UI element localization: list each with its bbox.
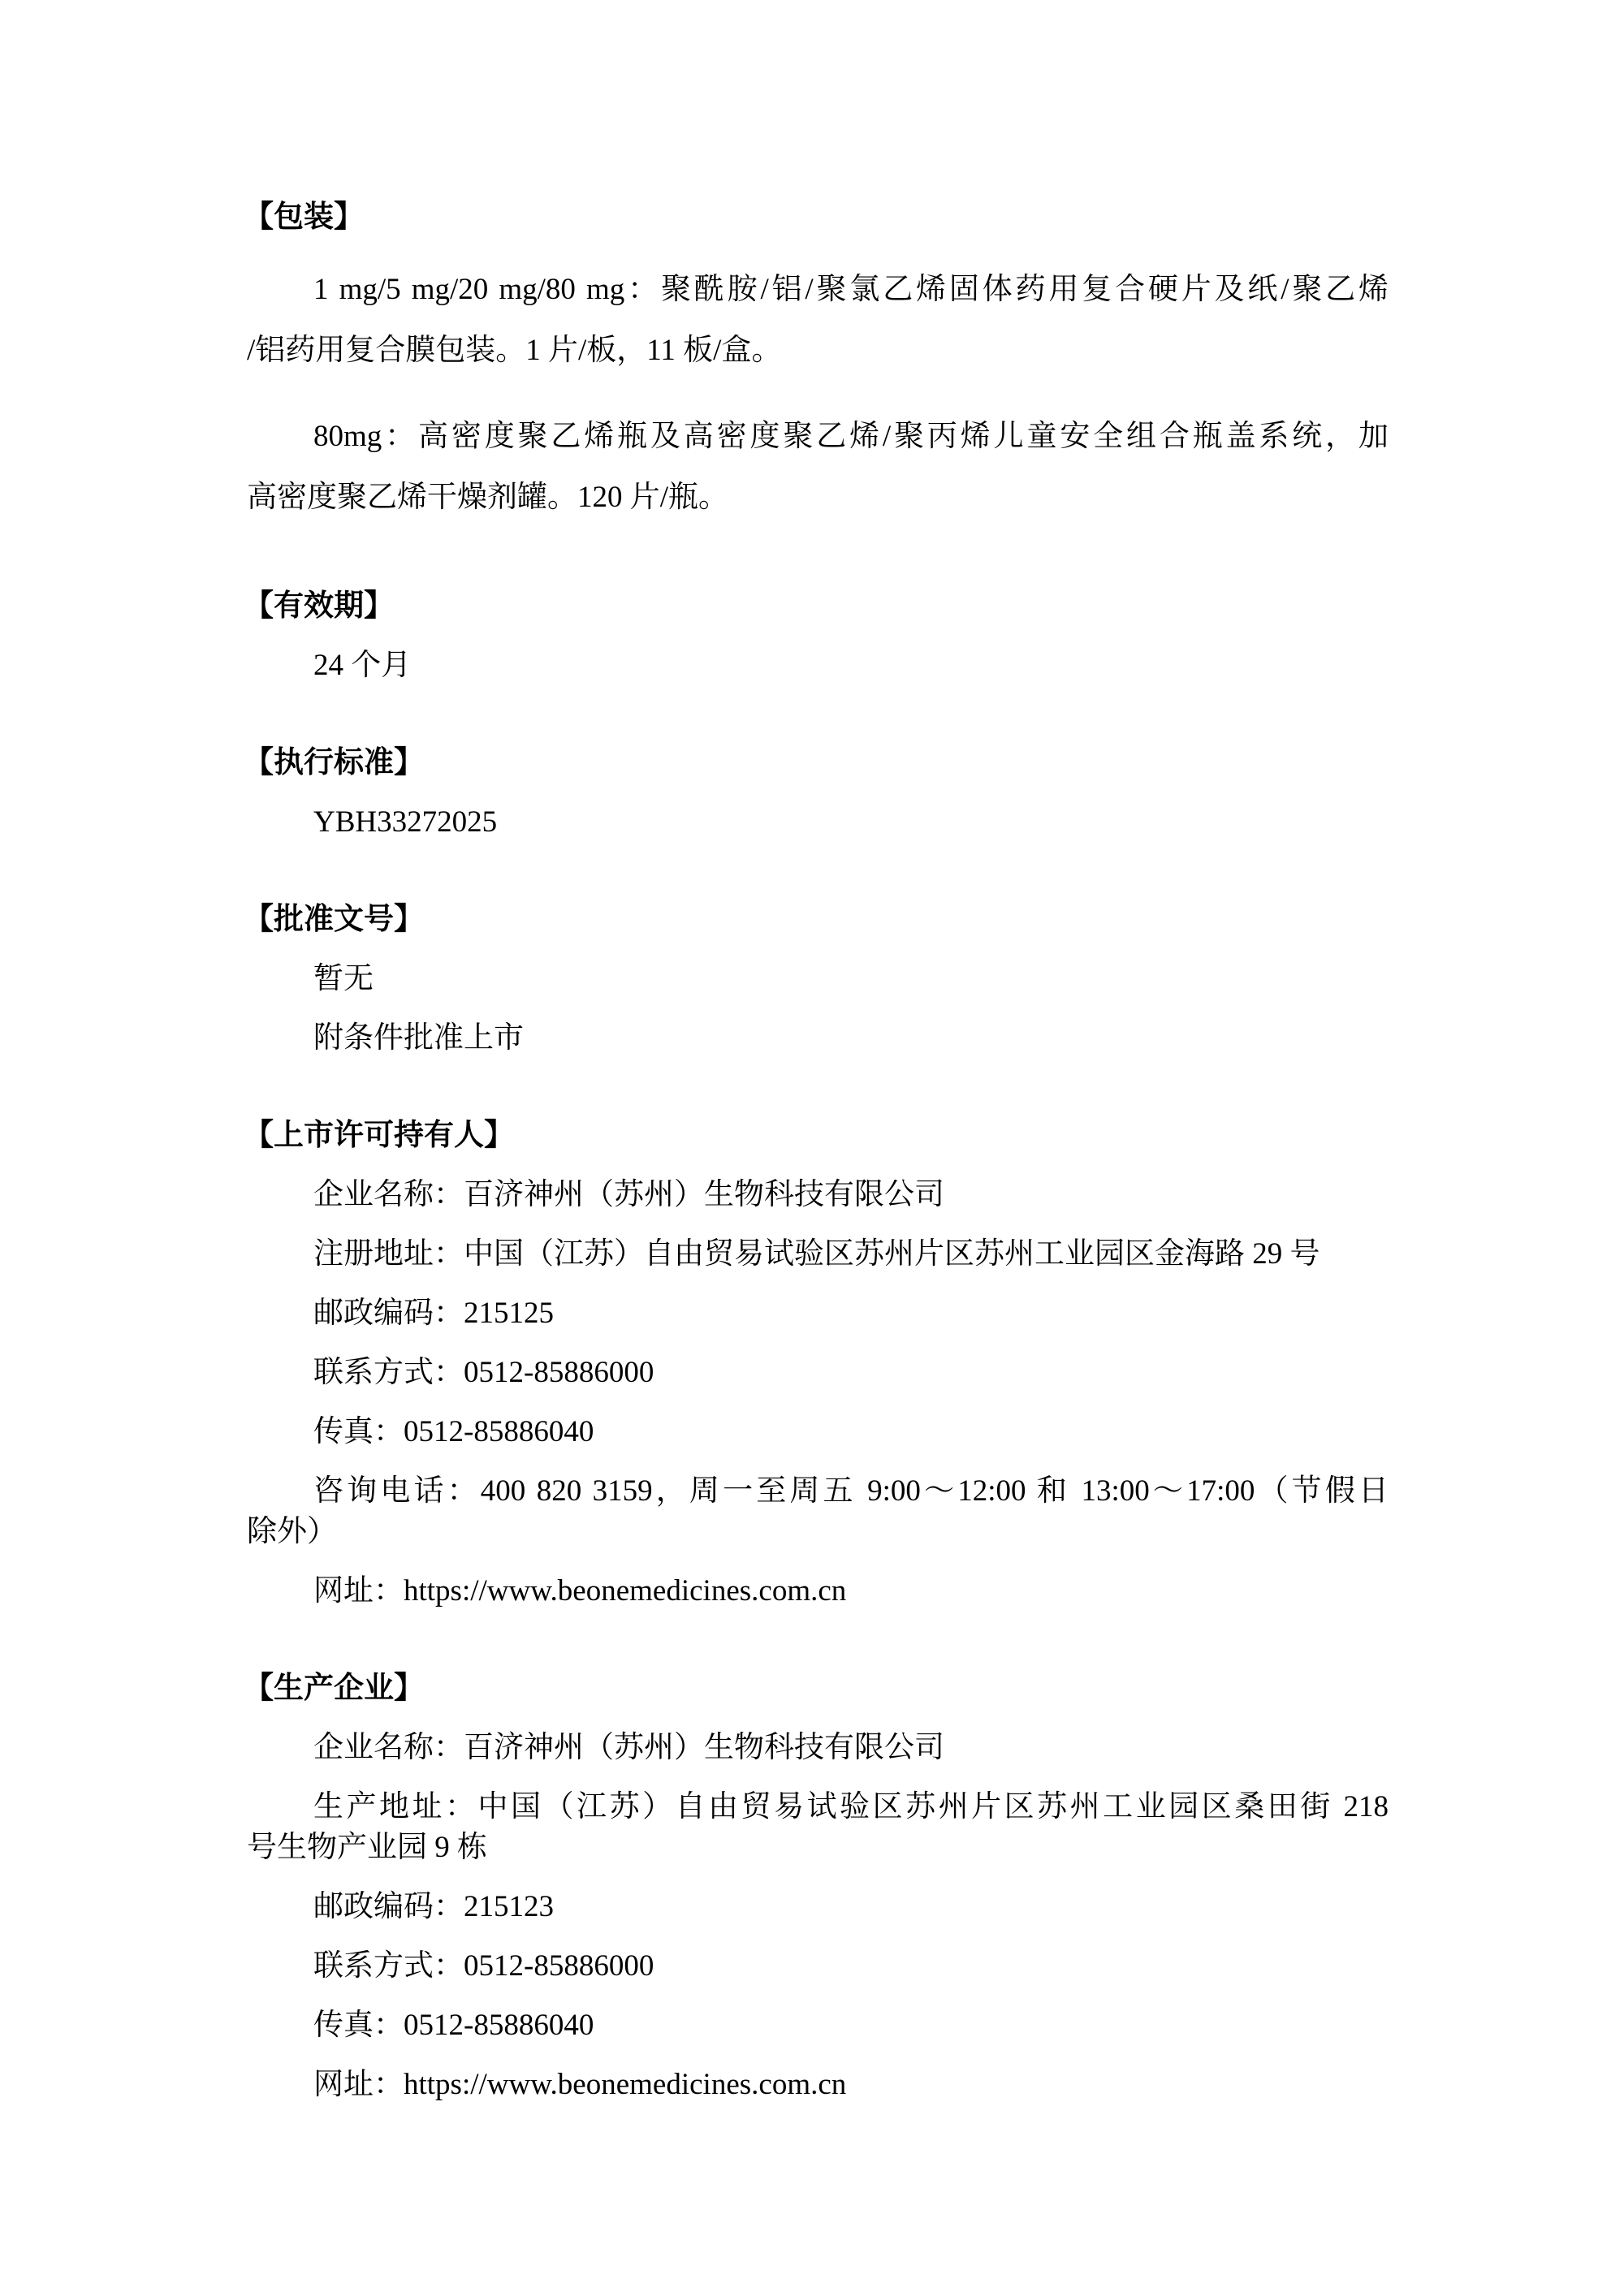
manufacturer-address-2: 号生物产业园 9 栋 [247, 1828, 487, 1868]
approval-heading: 【批准文号】 [244, 900, 424, 940]
packaging-text-1b: /铝药用复合膜包装。1 片/板，11 板/盒。 [247, 330, 781, 371]
shelf-life-heading: 【有效期】 [244, 586, 394, 627]
packaging-heading: 【包装】 [244, 197, 364, 238]
mah-hotline-1: 咨询电话：400 820 3159，周一至周五 9:00～12:00 和 13:… [313, 1471, 1389, 1512]
document-page: 【包装】 1 mg/5 mg/20 mg/80 mg：聚酰胺/铝/聚氯乙烯固体药… [0, 0, 1624, 2296]
manufacturer-contact: 联系方式：0512-85886000 [313, 1946, 654, 1987]
manufacturer-address-1: 生产地址：中国（江苏）自由贸易试验区苏州片区苏州工业园区桑田街 218 [313, 1787, 1389, 1828]
shelf-life-value: 24 个月 [313, 645, 411, 686]
manufacturer-heading: 【生产企业】 [244, 1668, 424, 1709]
mah-company: 企业名称：百济神州（苏州）生物科技有限公司 [313, 1175, 944, 1215]
packaging-text-2a: 80mg：高密度聚乙烯瓶及高密度聚乙烯/聚丙烯儿童安全组合瓶盖系统，加 [313, 416, 1389, 457]
manufacturer-fax: 传真：0512-85886040 [313, 2005, 594, 2046]
packaging-text-2b: 高密度聚乙烯干燥剂罐。120 片/瓶。 [247, 477, 728, 518]
mah-postcode: 邮政编码：215125 [313, 1293, 554, 1334]
mah-contact: 联系方式：0512-85886000 [313, 1353, 654, 1393]
standard-heading: 【执行标准】 [244, 743, 424, 783]
manufacturer-postcode: 邮政编码：215123 [313, 1887, 554, 1927]
mah-fax: 传真：0512-85886040 [313, 1412, 594, 1452]
approval-value-1: 暂无 [313, 959, 374, 999]
mah-heading: 【上市许可持有人】 [244, 1116, 514, 1156]
mah-address: 注册地址：中国（江苏）自由贸易试验区苏州片区苏州工业园区金海路 29 号 [313, 1234, 1320, 1275]
packaging-text-1a: 1 mg/5 mg/20 mg/80 mg：聚酰胺/铝/聚氯乙烯固体药用复合硬片… [313, 270, 1389, 310]
mah-website: 网址：https://www.beonemedicines.com.cn [313, 1571, 846, 1612]
approval-value-2: 附条件批准上市 [313, 1018, 524, 1059]
manufacturer-website: 网址：https://www.beonemedicines.com.cn [313, 2065, 846, 2105]
mah-hotline-2: 除外） [247, 1512, 337, 1552]
manufacturer-company: 企业名称：百济神州（苏州）生物科技有限公司 [313, 1728, 944, 1768]
standard-value: YBH33272025 [313, 802, 497, 843]
